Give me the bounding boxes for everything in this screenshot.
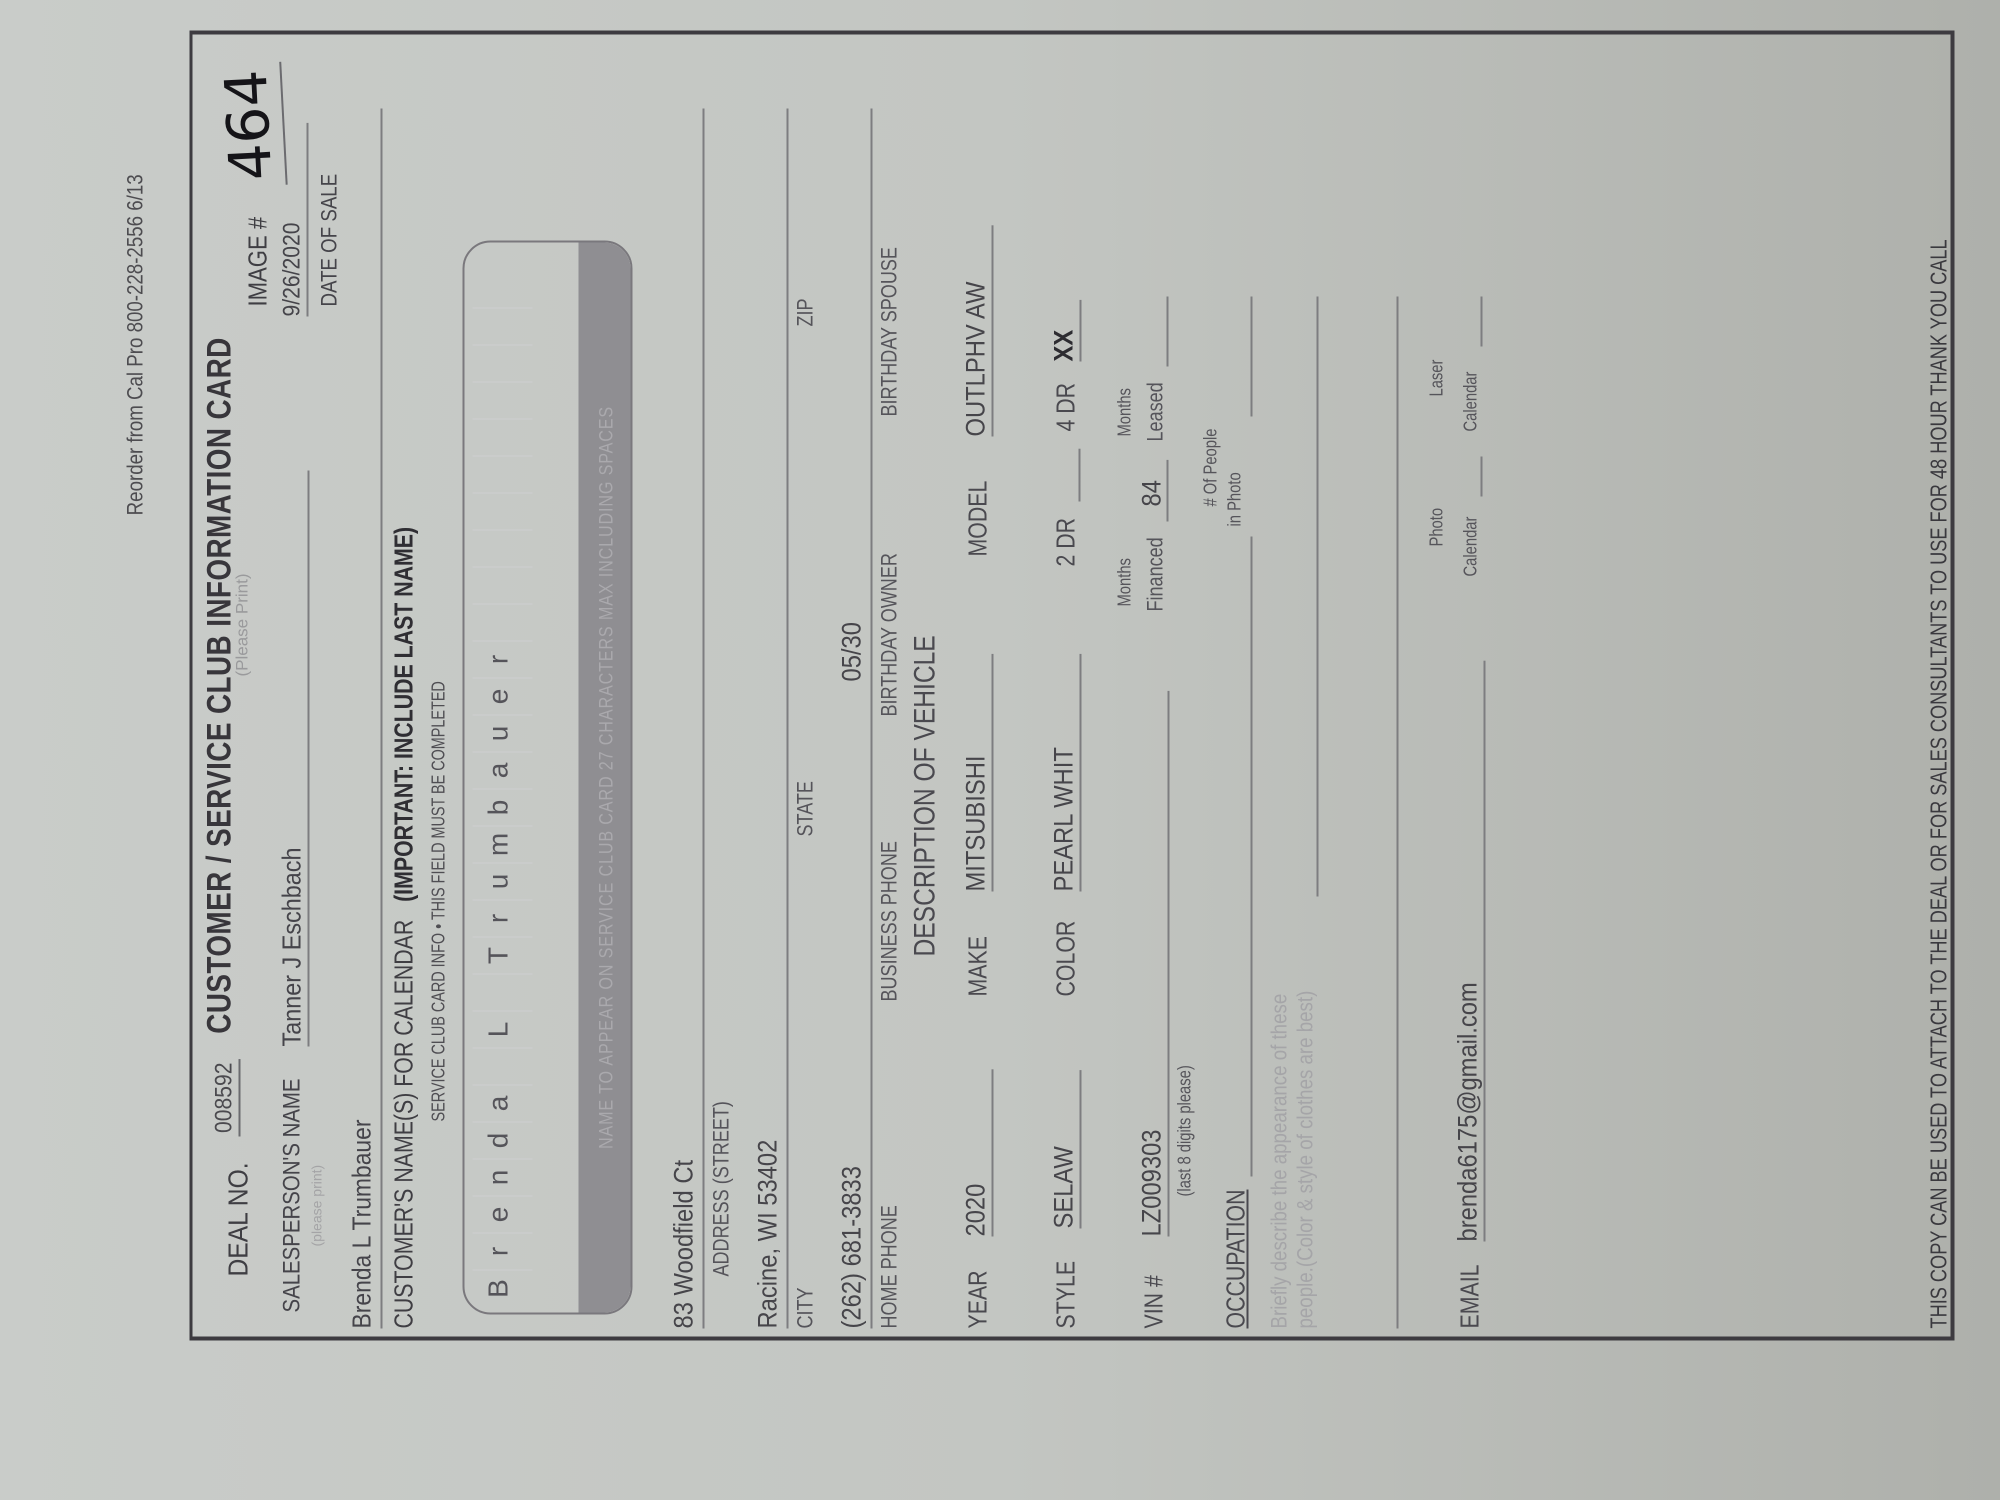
card-character-box[interactable]: T: [473, 937, 533, 974]
card-character-box[interactable]: u: [473, 863, 533, 900]
card-character-box[interactable]: [473, 530, 533, 567]
salesperson-hint: (please print): [309, 1165, 325, 1247]
email-label: EMAIL: [1455, 1265, 1486, 1329]
card-character-box[interactable]: [473, 419, 533, 456]
zip-label: ZIP: [793, 298, 819, 326]
state-label: STATE: [793, 781, 819, 836]
photo-calendar-label: Calendar: [1461, 517, 1482, 577]
address-field[interactable]: 83 Woodfield Ct: [669, 1160, 700, 1329]
home-phone-label: HOME PHONE: [877, 1205, 903, 1328]
phone-line: [871, 109, 873, 1329]
style-field[interactable]: SELAW: [1049, 1070, 1082, 1228]
card-character-box[interactable]: b: [473, 789, 533, 826]
card-character-box[interactable]: [473, 1048, 533, 1085]
people-in-photo-label-bottom: in Photo: [1225, 472, 1246, 526]
birthday-spouse-label: BIRTHDAY SPOUSE: [877, 247, 903, 416]
customer-service-club-card: Reorder from Cal Pro 800-228-2556 6/13 C…: [190, 31, 1955, 1341]
salesperson-field[interactable]: Tanner J Eschbach: [277, 471, 310, 1047]
leased-label: Leased: [1143, 382, 1169, 441]
photo-calendar-field[interactable]: [1481, 457, 1483, 497]
date-of-sale-label: DATE OF SALE: [317, 174, 343, 307]
card-band-text: NAME TO APPEAR ON SERVICE CLUB CARD 27 C…: [597, 323, 619, 1233]
card-character-box[interactable]: r: [473, 641, 533, 678]
card-character-box[interactable]: B: [473, 1270, 533, 1307]
card-character-box[interactable]: m: [473, 826, 533, 863]
two-door-field[interactable]: [1049, 449, 1081, 502]
please-print-note: (Please Print): [233, 574, 253, 677]
vin-label: VIN #: [1139, 1275, 1170, 1328]
card-band: NAME TO APPEAR ON SERVICE CLUB CARD 27 C…: [579, 243, 631, 1313]
leased-field[interactable]: 84: [1137, 480, 1168, 506]
leased-blank-line: [1137, 297, 1169, 367]
image-no-field[interactable]: 464: [211, 62, 287, 188]
birthday-owner-field[interactable]: 05/30: [837, 622, 868, 681]
card-character-box[interactable]: [473, 567, 533, 604]
customer-names-line: [381, 109, 383, 1329]
style-label: STYLE: [1051, 1261, 1082, 1329]
year-label: YEAR: [963, 1270, 994, 1328]
card-character-box[interactable]: [473, 345, 533, 382]
address-line: [703, 109, 705, 1329]
color-label: COLOR: [1051, 921, 1082, 997]
four-door-label: 4 DR: [1051, 383, 1082, 432]
card-character-box[interactable]: e: [473, 1196, 533, 1233]
appearance-instructions-line2: people.(Color & style of clothes are bes…: [1293, 991, 1319, 1329]
service-club-note: SERVICE CLUB CARD INFO • THIS FIELD MUST…: [429, 681, 450, 1121]
occupation-field[interactable]: [1251, 537, 1253, 1177]
customer-names-field[interactable]: Brenda L Trumbauer: [347, 1119, 378, 1328]
card-character-box[interactable]: [473, 382, 533, 419]
laser-label: Laser: [1427, 360, 1448, 397]
email-field[interactable]: brenda6175@gmail.com: [1453, 661, 1486, 1242]
card-character-box[interactable]: d: [473, 1122, 533, 1159]
reorder-note: Reorder from Cal Pro 800-228-2556 6/13: [123, 175, 149, 516]
appearance-field-line2[interactable]: [1397, 297, 1399, 1329]
vin-field[interactable]: LZ009303: [1137, 691, 1170, 1237]
card-character-box[interactable]: u: [473, 715, 533, 752]
occupation-label: OCCUPATION: [1221, 1190, 1252, 1329]
four-door-field[interactable]: XX: [1049, 300, 1082, 362]
city-label: CITY: [793, 1287, 819, 1328]
deal-no-label: DEAL NO.: [223, 1162, 255, 1276]
months-leased-label: Months: [1115, 388, 1136, 436]
image-no-label: IMAGE #: [243, 217, 274, 307]
model-field[interactable]: OUTLPHV AW: [961, 225, 994, 436]
card-character-box[interactable]: [473, 308, 533, 345]
card-character-box[interactable]: r: [473, 900, 533, 937]
card-character-box[interactable]: [473, 493, 533, 530]
appearance-field[interactable]: [1317, 297, 1319, 897]
card-character-box[interactable]: a: [473, 1085, 533, 1122]
card-character-box[interactable]: L: [473, 1011, 533, 1048]
financed-label: Financed: [1143, 537, 1169, 611]
card-character-boxes[interactable]: Brenda L Trumbauer: [473, 249, 533, 1307]
color-field[interactable]: PEARL WHIT: [1049, 654, 1082, 892]
laser-calendar-label: Calendar: [1461, 372, 1482, 432]
customer-names-label-text: CUSTOMER'S NAME(S) FOR CALENDAR: [389, 920, 419, 1329]
vehicle-section-title: DESCRIPTION OF VEHICLE: [909, 635, 943, 956]
card-character-box[interactable]: e: [473, 678, 533, 715]
card-character-box[interactable]: [473, 456, 533, 493]
people-in-photo-field[interactable]: [1251, 297, 1253, 417]
city-line: [787, 109, 789, 1329]
vin-hint: (last 8 digits please): [1175, 1065, 1196, 1196]
card-character-box[interactable]: n: [473, 1159, 533, 1196]
people-in-photo-label-top: # Of People: [1201, 429, 1222, 507]
customer-names-label: CUSTOMER'S NAME(S) FOR CALENDAR (IMPORTA…: [389, 527, 420, 1329]
address-label: ADDRESS (STREET): [709, 1101, 735, 1276]
make-label: MAKE: [963, 936, 994, 996]
photo-label: Photo: [1427, 508, 1448, 547]
year-field[interactable]: 2020: [961, 1069, 994, 1236]
two-door-label: 2 DR: [1051, 518, 1082, 567]
date-of-sale-field[interactable]: 9/26/2020: [279, 123, 309, 317]
footer-note: THIS COPY CAN BE USED TO ATTACH TO THE D…: [1926, 239, 1953, 1328]
home-phone-field[interactable]: (262) 681-3833: [837, 1166, 868, 1328]
appearance-instructions-line1: Briefly describe the appearance of these: [1267, 994, 1293, 1329]
card-character-box[interactable]: [473, 604, 533, 641]
make-field[interactable]: MITSUBISHI: [961, 654, 994, 892]
city-state-zip-field[interactable]: Racine, WI 53402: [753, 1140, 784, 1329]
include-last-name-note: (IMPORTANT: INCLUDE LAST NAME): [389, 527, 419, 902]
salesperson-label: SALESPERSON'S NAME: [279, 1078, 307, 1312]
model-label: MODEL: [963, 481, 994, 557]
card-character-box[interactable]: a: [473, 752, 533, 789]
deal-no-field[interactable]: 008592: [211, 1059, 241, 1137]
months-financed-label: Months: [1115, 558, 1136, 606]
laser-calendar-field[interactable]: [1481, 297, 1483, 347]
card-character-box[interactable]: [473, 974, 533, 1011]
service-club-card-box: Brenda L Trumbauer NAME TO APPEAR ON SER…: [463, 241, 633, 1315]
birthday-owner-label: BIRTHDAY OWNER: [877, 553, 903, 716]
card-character-box[interactable]: r: [473, 1233, 533, 1270]
business-phone-label: BUSINESS PHONE: [877, 841, 903, 1001]
